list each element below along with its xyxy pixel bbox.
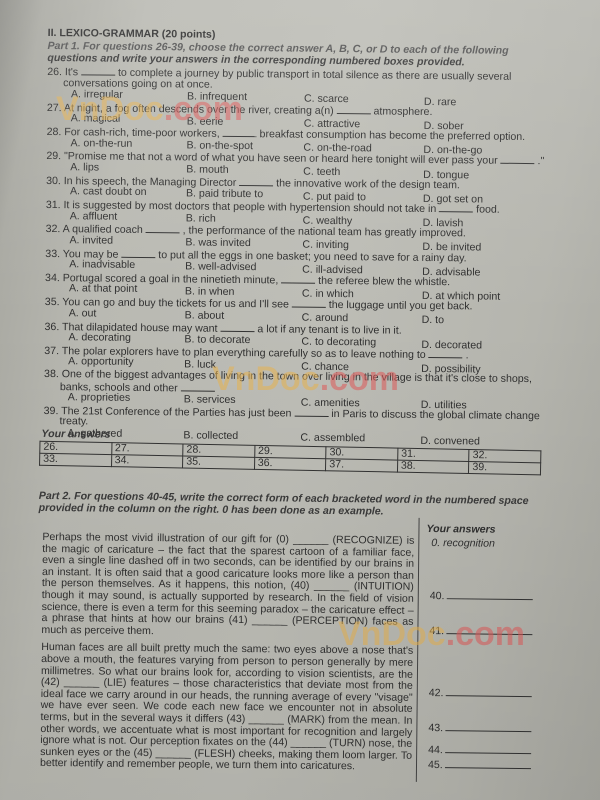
answer-blank: [292, 298, 326, 308]
question-number: 28.: [47, 126, 65, 138]
answer-blank: [146, 223, 180, 233]
option-b: B. collected: [183, 430, 238, 443]
passage-paragraph-1: Perhaps the most vivid illustration of o…: [41, 532, 414, 640]
answer-box-38[interactable]: 38.: [397, 460, 469, 473]
question-number: 37.: [44, 345, 62, 357]
option-a: A. affluent: [70, 210, 118, 222]
part2-answers-label: Your answers: [426, 523, 495, 536]
answer-box-37[interactable]: 37.: [326, 459, 398, 472]
answer-underline[interactable]: [446, 625, 532, 635]
question-number: 30.: [46, 175, 64, 187]
option-b: B. about: [185, 309, 225, 321]
answer-blank: [439, 202, 473, 212]
answer-number: 45.: [428, 759, 443, 771]
question-text-after: in Paris to discuss the global climate c…: [328, 408, 540, 422]
option-a: A. invited: [69, 234, 113, 246]
answer-blank: [81, 65, 115, 75]
question-text-after: the referee blew the whistle.: [315, 275, 450, 288]
question-text: The 21st Conference of the Parties has j…: [61, 405, 294, 419]
answer-line-40[interactable]: 40.: [430, 590, 533, 603]
answer-blank: [294, 406, 328, 416]
exam-page: II. LEXICO-GRAMMAR (20 points) Part 1. F…: [0, 0, 600, 800]
question-list: 26. It's to complete a journey by public…: [0, 0, 600, 6]
option-b: B. services: [184, 394, 236, 407]
question-number: 36.: [45, 320, 63, 332]
answer-column-divider: [416, 518, 420, 782]
answer-box-34[interactable]: 34.: [111, 455, 183, 468]
answer-blank: [223, 127, 257, 137]
answer-number: 42.: [429, 687, 444, 699]
question-number: 29.: [46, 150, 64, 162]
option-a: A. inadvisable: [69, 258, 135, 271]
option-a: A. proprieties: [68, 391, 131, 404]
option-a: A. irregular: [71, 88, 123, 101]
question-number: 31.: [46, 199, 64, 211]
option-a: A. opportunity: [68, 356, 133, 369]
answer-box-39[interactable]: 39.: [469, 461, 541, 474]
answer-blank: [121, 247, 155, 257]
option-a: A. magical: [71, 113, 121, 126]
option-c: C. assembled: [300, 432, 365, 445]
option-a: A. cast doubt on: [70, 185, 147, 198]
option-a: A. out: [69, 307, 97, 319]
question-number: 32.: [46, 223, 63, 235]
question-text: It is suggested by most doctors that peo…: [63, 199, 439, 215]
answer-number: 44.: [428, 744, 443, 756]
answer-line-42[interactable]: 42.: [429, 687, 532, 700]
answer-blank: [337, 104, 371, 114]
question-number: 27.: [47, 102, 64, 114]
option-a: A. at that point: [69, 283, 137, 296]
answer-box-36[interactable]: 36.: [254, 457, 326, 470]
question-number: 33.: [45, 248, 63, 260]
question-number: 38.: [44, 368, 62, 380]
example-answer: 0. recognition: [431, 537, 495, 550]
question-text-after: .: [463, 349, 469, 361]
answer-number: 43.: [428, 722, 443, 734]
option-a: A. on-the-run: [70, 137, 132, 150]
question-number: 39.: [44, 405, 62, 417]
answer-line-43[interactable]: 43.: [428, 722, 531, 735]
question-text-after: the innovative work of the design team.: [273, 177, 460, 191]
question-text-after: food.: [473, 203, 500, 215]
question-text-after: breakfast consumption has become the pre…: [257, 128, 526, 143]
option-b: B. rich: [186, 212, 216, 224]
passage: Perhaps the most vivid illustration of o…: [40, 532, 415, 780]
passage-paragraph-2: Human faces are all built pretty much th…: [40, 642, 413, 773]
question-35: 35. You can go and buy the tickets for u…: [45, 295, 473, 312]
option-b: B. eerie: [187, 115, 224, 127]
option-d: D. to: [422, 314, 444, 326]
section-title: II. LEXICO-GRAMMAR (20 points): [48, 27, 216, 41]
option-b: B. in when: [185, 285, 235, 298]
option-a: A. lips: [70, 161, 99, 173]
answer-blank: [281, 273, 315, 283]
question-continuation: treaty.: [60, 416, 89, 428]
answer-underline[interactable]: [445, 759, 531, 769]
answer-box-35[interactable]: 35.: [183, 456, 255, 469]
answer-blank: [239, 176, 273, 186]
question-text-after: .": [535, 155, 545, 167]
answer-number: 41.: [429, 625, 444, 637]
question-number: 35.: [45, 296, 63, 308]
answer-underline[interactable]: [446, 590, 532, 600]
answer-underline[interactable]: [445, 687, 531, 697]
answer-line-41[interactable]: 41.: [429, 625, 532, 638]
answer-blank: [501, 154, 535, 164]
answer-blank: [220, 321, 254, 331]
option-b: B. luck: [184, 358, 216, 370]
option-b: B. mouth: [186, 164, 229, 176]
part2-instruction-line2: provided in the column on the right. 0 h…: [39, 502, 384, 518]
answer-underline[interactable]: [445, 722, 531, 732]
answer-blank: [429, 348, 463, 358]
part2-answer-lines: 40.41.42.43.44.45.: [0, 0, 600, 6]
option-a: A. decorating: [68, 331, 131, 344]
question-number: 34.: [45, 272, 63, 284]
answer-blank: [181, 381, 215, 391]
answer-line-44[interactable]: 44.: [428, 744, 531, 757]
answers-label: Your answers: [41, 428, 110, 441]
answer-line-45[interactable]: 45.: [428, 759, 531, 772]
question-text-after: the luggage until you get back.: [326, 299, 473, 313]
answer-box-33[interactable]: 33.: [40, 453, 112, 466]
question-text-after: atmosphere.: [371, 105, 433, 118]
question-text: "Promise me that not a word of what you …: [64, 151, 501, 168]
question-text-after: a lot if any tenant is to live in it.: [254, 323, 401, 337]
answer-underline[interactable]: [445, 744, 531, 754]
option-d: D. convened: [420, 434, 480, 447]
answer-number: 40.: [430, 590, 445, 602]
